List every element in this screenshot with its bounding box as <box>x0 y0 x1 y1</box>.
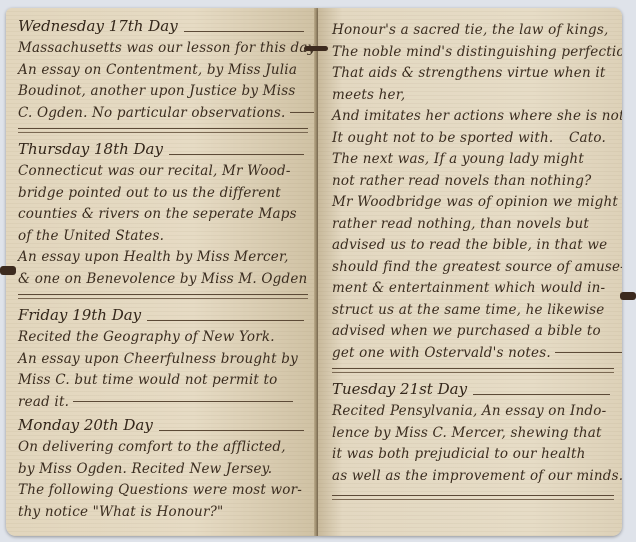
text-line: get one with Ostervald's notes. <box>332 343 614 365</box>
text-line: bridge pointed out to us the different <box>18 183 308 205</box>
text-line: should find the greatest source of amuse… <box>332 257 614 279</box>
entry-heading-monday: Monday 20th Day <box>18 413 308 437</box>
entry-heading-friday: Friday 19th Day <box>18 303 308 327</box>
text-line: It ought not to be sported with.Cato. <box>332 128 614 150</box>
text-line: advised us to read the bible, in that we <box>332 235 614 257</box>
heading-text: Thursday 18th Day <box>18 137 163 161</box>
text-line: An essay upon Cheerfulness brought by <box>18 349 308 371</box>
text-line: An essay on Contentment, by Miss Julia <box>18 60 308 82</box>
text-line: Boudinot, another upon Justice by Miss <box>18 81 308 103</box>
text-line: Recited the Geography of New York. <box>18 327 308 349</box>
section-divider <box>332 495 614 500</box>
text-line: & one on Benevolence by Miss M. Ogden <box>18 269 308 291</box>
text-line: counties & rivers on the seperate Maps <box>18 204 308 226</box>
text-line: of the United States. <box>18 226 308 248</box>
entry-heading-wednesday: Wednesday 17th Day <box>18 14 308 38</box>
entry-heading-thursday: Thursday 18th Day <box>18 137 308 161</box>
text-line: Recited Pensylvania, An essay on Indo- <box>332 401 614 423</box>
heading-text: Tuesday 21st Day <box>332 377 467 401</box>
heading-text: Friday 19th Day <box>18 303 141 327</box>
section-divider <box>18 294 308 299</box>
text-line: struct us at the same time, he likewise <box>332 300 614 322</box>
binding-thread <box>0 266 16 275</box>
left-page: Wednesday 17th Day Massachusetts was our… <box>6 8 318 536</box>
attribution: Cato. <box>569 128 606 150</box>
text-line: And imitates her actions where she is no… <box>332 106 614 128</box>
text-line: thy notice "What is Honour?" <box>18 502 308 524</box>
right-page: Honour's a sacred tie, the law of kings,… <box>318 8 622 536</box>
text-line: read it. <box>18 392 308 414</box>
text-line: by Miss Ogden. Recited New Jersey. <box>18 459 308 481</box>
text-line: Connecticut was our recital, Mr Wood- <box>18 161 308 183</box>
section-divider <box>332 368 614 373</box>
text-line: not rather read novels than nothing? <box>332 171 614 193</box>
binding-thread <box>304 46 328 51</box>
heading-text: Wednesday 17th Day <box>18 14 178 38</box>
text-line: The following Questions were most wor- <box>18 480 308 502</box>
binding-thread <box>620 292 636 300</box>
text-line: Mr Woodbridge was of opinion we might <box>332 192 614 214</box>
text-line: as well as the improvement of our minds. <box>332 466 614 488</box>
entry-heading-tuesday: Tuesday 21st Day <box>332 377 614 401</box>
text-line: meets her, <box>332 85 614 107</box>
text-line: That aids & strengthens virtue when it <box>332 63 614 85</box>
text-line: An essay upon Health by Miss Mercer, <box>18 247 308 269</box>
text-line: The noble mind's distinguishing perfecti… <box>332 42 614 64</box>
text-line: advised when we purchased a bible to <box>332 321 614 343</box>
text-line: Miss C. but time would not permit to <box>18 370 308 392</box>
text-line: lence by Miss C. Mercer, shewing that <box>332 423 614 445</box>
section-divider <box>18 128 308 133</box>
text-line: ment & entertainment which would in- <box>332 278 614 300</box>
text-line: Honour's a sacred tie, the law of kings, <box>332 20 614 42</box>
text-line: it was both prejudicial to our health <box>332 444 614 466</box>
heading-text: Monday 20th Day <box>18 413 153 437</box>
open-notebook: Wednesday 17th Day Massachusetts was our… <box>6 8 630 536</box>
text-line: rather read nothing, than novels but <box>332 214 614 236</box>
text-line: C. Ogden. No particular observations. <box>18 103 308 125</box>
text-line: On delivering comfort to the afflicted, <box>18 437 308 459</box>
text-line: The next was, If a young lady might <box>332 149 614 171</box>
text-line: Massachusetts was our lesson for this da… <box>18 38 308 60</box>
